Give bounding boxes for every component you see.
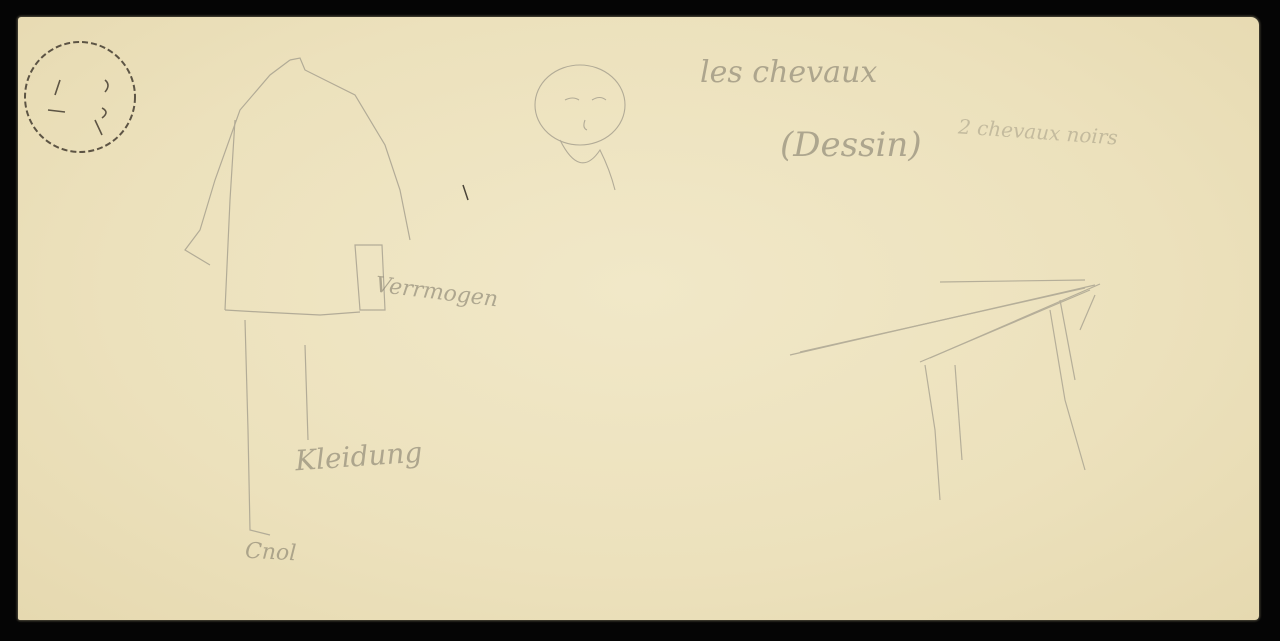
pencil-mark bbox=[463, 185, 468, 200]
bottom-note: Cnol bbox=[244, 539, 297, 567]
pencil-sketch bbox=[0, 0, 1280, 641]
title-line-1: les chevaux bbox=[700, 55, 877, 90]
portrait-drawing bbox=[535, 65, 625, 190]
table-drawing bbox=[790, 280, 1100, 500]
postmark-stamp bbox=[25, 42, 135, 152]
title-line-2: (Dessin) bbox=[780, 125, 922, 165]
